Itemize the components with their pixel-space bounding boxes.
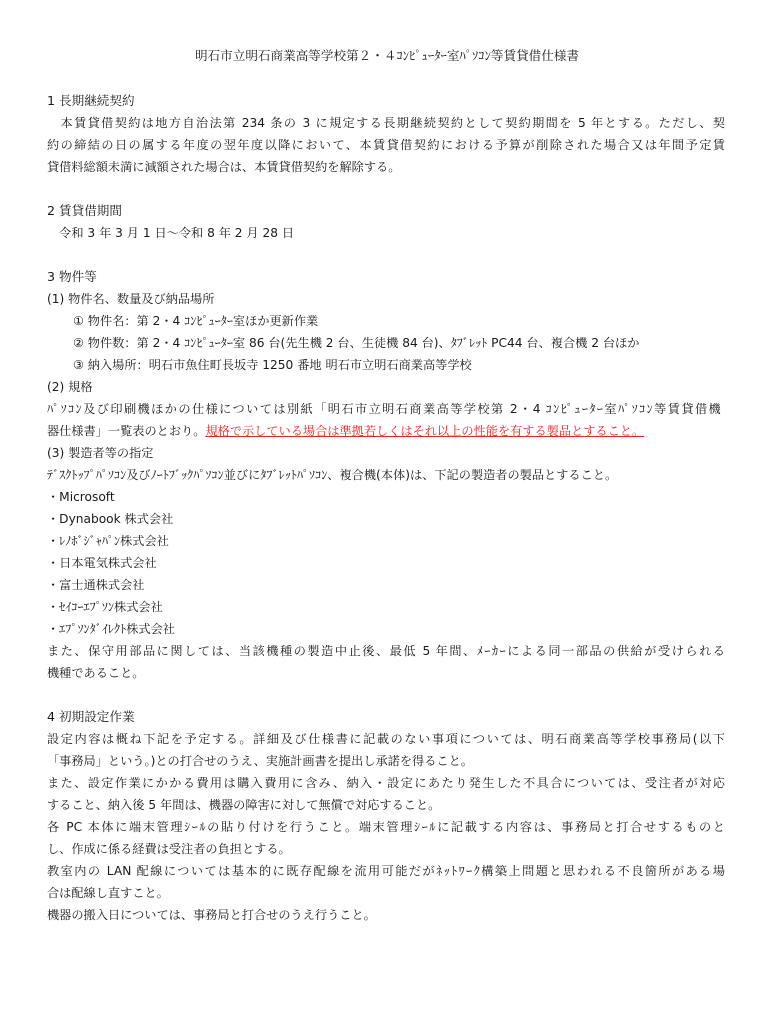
section-2-heading: 2 賃貸借期間 [47, 203, 122, 219]
lease-period: 令和 3 年 3 月 1 日〜令和 8 年 2 月 28 日 [47, 225, 294, 241]
section-3-heading: 3 物件等 [47, 269, 97, 285]
setup-line-2: 「事務局」という。)との打合せのうえ、実施計画書を提出し承諾を得ること。 [47, 753, 473, 769]
section-1-line-1: 本賃貸借契約は地方自治法第 234 条の 3 に規定する長期継続契約として契約期… [47, 115, 725, 131]
setup-line-3: また、設定作業にかかる費用は購入費用に含み、納入・設定にあたり発生した不具合につ… [47, 775, 725, 791]
spec-emphasis-note: 規格で示している場合は準拠若しくはそれ以上の性能を有する製品とすること。 [205, 424, 644, 438]
spec-line-2-text: 器仕様書」一覧表のとおり。 [47, 424, 205, 438]
section-4-heading: 4 初期設定作業 [47, 709, 135, 725]
section-1-line-3: 貸借料総額未満に減額された場合は、本賃貸借契約を解除する。 [47, 159, 400, 175]
maintenance-line-1: また、保守用部品に関しては、当該機種の製造中止後、最低 5 年間、ﾒｰｶｰによる… [47, 643, 725, 659]
setup-line-4: すること、納入後 5 年間は、機器の障害に対して無償で対応すること。 [47, 797, 440, 813]
manufacturer-item: ・ｾｲｺｰｴﾌﾟｿﾝ株式会社 [47, 599, 163, 615]
setup-line-8: 合は配線し直すこと。 [47, 885, 169, 901]
setup-line-6: し、作成に係る経費は受注者の負担とする。 [47, 841, 291, 857]
subsection-3-1-heading: (1) 物件名、数量及び納品場所 [47, 291, 214, 307]
manufacturer-item: ・Dynabook 株式会社 [47, 511, 173, 527]
manufacturer-item: ・Microsoft [47, 489, 115, 505]
delivery-location: ③ 納入場所：明石市魚住町長坂寺 1250 番地 明石市立明石商業高等学校 [73, 357, 472, 373]
setup-line-1: 設定内容は概ね下記を予定する。詳細及び仕様書に記載のない事項については、明石商業… [47, 731, 725, 747]
setup-line-9: 機器の搬入日については、事務局と打合せのうえ行うこと。 [47, 907, 376, 923]
maintenance-line-2: 機種であること。 [47, 665, 145, 681]
spec-line-1: ﾊﾟｿｺﾝ及び印刷機ほかの仕様については別紙「明石市立明石商業高等学校第 2・4… [47, 401, 725, 417]
item-name: ① 物件名：第 2・4 ｺﾝﾋﾟｭｰﾀｰ室ほか更新作業 [73, 313, 318, 329]
manufacturer-item: ・富士通株式会社 [47, 577, 145, 593]
setup-line-7: 教室内の LAN 配線については基本的に既存配線を流用可能だがﾈｯﾄﾜｰｸ構築上… [47, 863, 725, 879]
document-title: 明石市立明石商業高等学校第２・４ｺﾝﾋﾟｭｰﾀｰ室ﾊﾟｿｺﾝ等賃貸借仕様書 [47, 48, 727, 64]
setup-line-5: 各 PC 本体に端末管理ｼｰﾙの貼り付けを行うこと。端末管理ｼｰﾙに記載する内容… [47, 819, 725, 835]
manufacturer-item: ・ﾚﾉﾎﾞｼﾞｬﾊﾟﾝ株式会社 [47, 533, 169, 549]
section-1-line-2: 約の締結の日の属する年度の翌年度以降において、本賃貸借契約における予算が削除され… [47, 137, 725, 153]
manufacturer-item: ・日本電気株式会社 [47, 555, 157, 571]
subsection-3-3-heading: (3) 製造者等の指定 [47, 445, 153, 461]
item-quantity: ② 物件数：第 2・4 ｺﾝﾋﾟｭｰﾀｰ室 86 台(先生機 2 台、生徒機 8… [73, 335, 639, 351]
spec-line-2: 器仕様書」一覧表のとおり。規格で示している場合は準拠若しくはそれ以上の性能を有す… [47, 423, 644, 439]
manufacturer-item: ・ｴﾌﾟｿﾝﾀﾞｲﾚｸﾄ株式会社 [47, 621, 175, 637]
manufacturer-intro: ﾃﾞｽｸﾄｯﾌﾟﾊﾟｿｺﾝ及びﾉｰﾄﾌﾞｯｸﾊﾟｿｺﾝ並びにﾀﾌﾞﾚｯﾄﾊﾟｿｺ… [47, 467, 617, 483]
section-1-heading: 1 長期継続契約 [47, 93, 135, 109]
subsection-3-2-heading: (2) 規格 [47, 379, 93, 395]
